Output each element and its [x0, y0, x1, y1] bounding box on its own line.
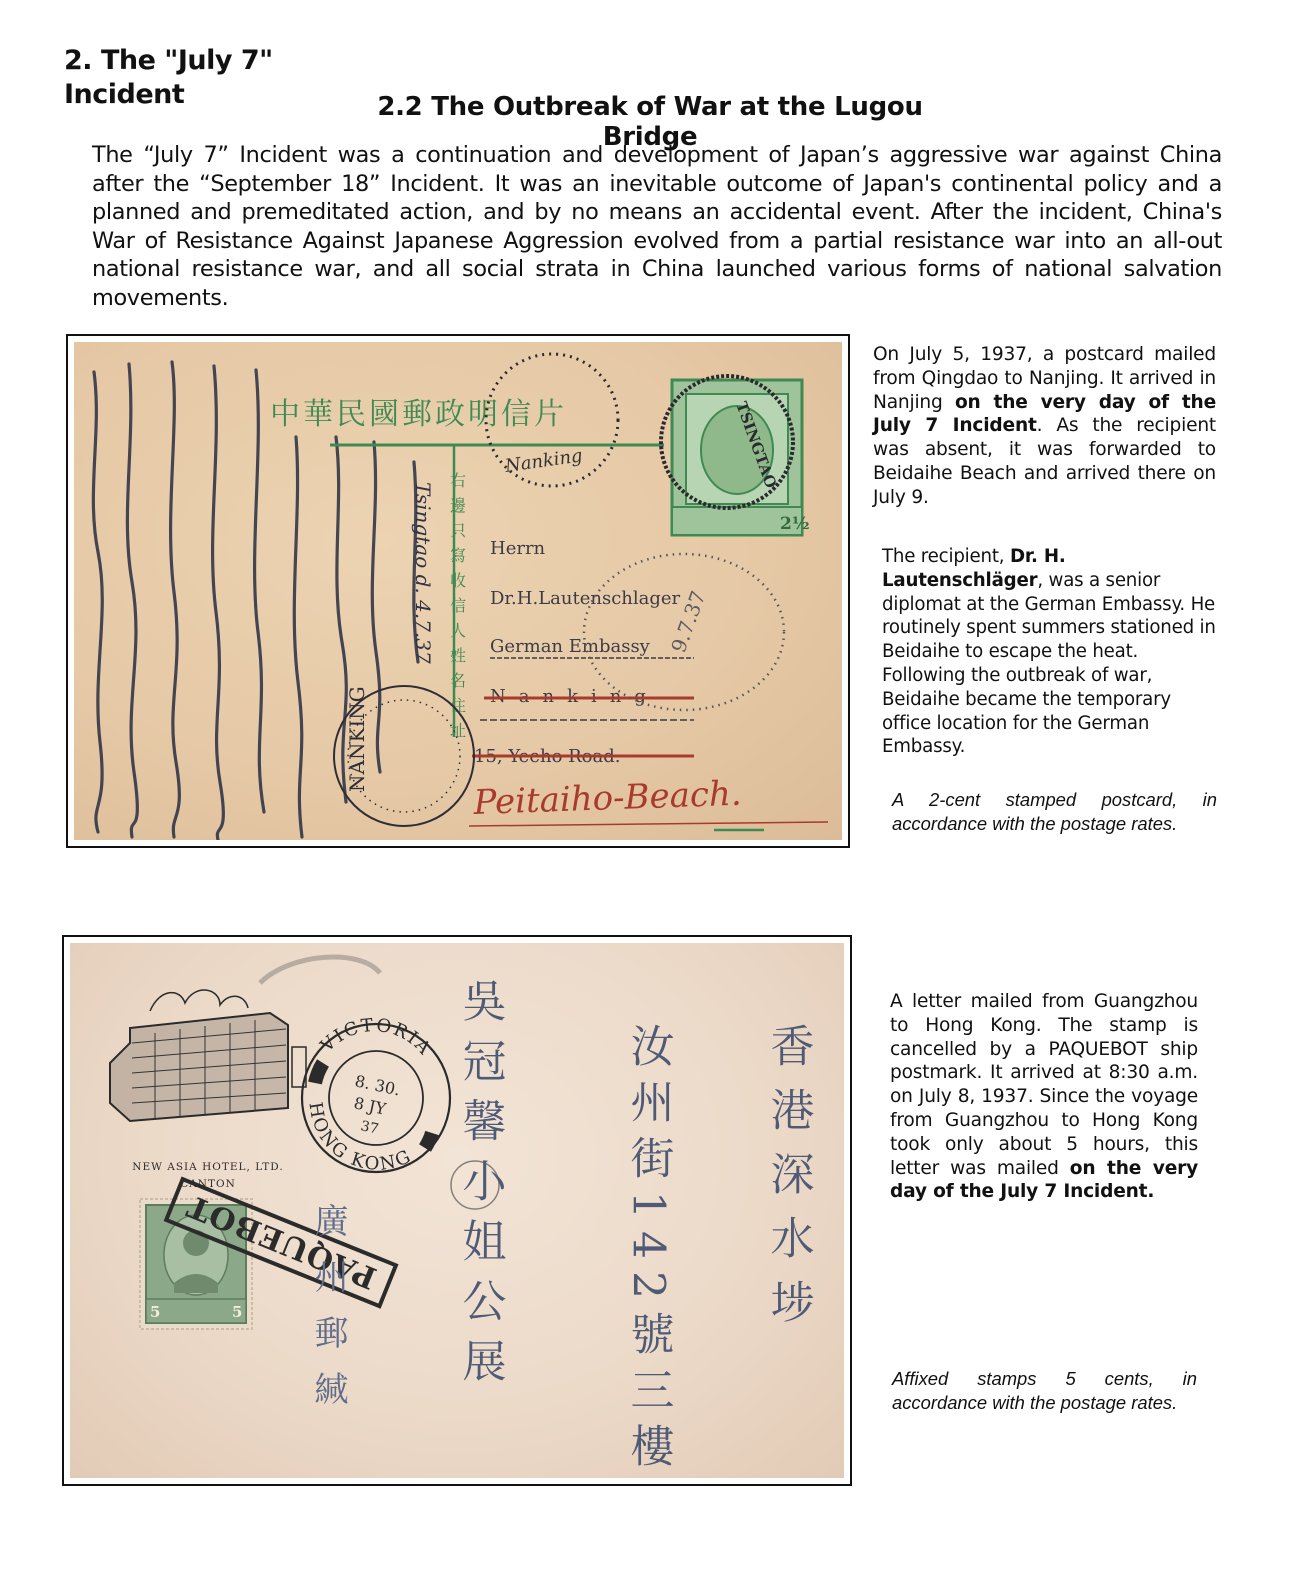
victoria-postmark: VICTORIA HONG KONG 8. 30. 8 JY 37 — [302, 1015, 450, 1175]
sender-text: 廣州郵緘 — [308, 1203, 348, 1427]
address-line-2: Dr.H.Lautenschlager — [490, 588, 681, 609]
postmark-date: 8 JY — [352, 1093, 388, 1118]
indicium-value: 2½ — [780, 514, 810, 534]
nanking-dotted-postmark: Nanking — [503, 445, 584, 477]
stamp-value-left: 5 — [150, 1303, 160, 1321]
address-city: 香港深水埗 — [763, 1023, 814, 1343]
postcard-image: 中華民國郵政明信片 右邊只寫收信人姓名住址 2½ TSINGTAO Nankin… — [74, 342, 842, 840]
address-recipient: 吳冠馨小姐公展 — [455, 978, 506, 1398]
intro-paragraph: The “July 7” Incident was a continuation… — [92, 141, 1222, 313]
caption-text: A letter mailed from Guangzhou to Hong K… — [890, 991, 1198, 1179]
chapter-title: 2. The "July 7" Incident — [64, 44, 304, 112]
nanking-postmark-text: NANKING — [345, 686, 369, 792]
postcard-caption-recipient: The recipient, Dr. H. Lautenschläger, wa… — [882, 545, 1220, 759]
address-street: 汝州街142號三樓 — [623, 1023, 674, 1478]
address-line-3: German Embassy — [490, 636, 651, 657]
handwriting-lines — [93, 362, 418, 840]
sender-note: Tsingtao d. 4.7.37 — [411, 482, 435, 664]
postmark-year: 37 — [359, 1118, 380, 1137]
postcard-postage-note: A 2-cent stamped postcard, in accordance… — [892, 788, 1217, 835]
postcard-frame: 中華民國郵政明信片 右邊只寫收信人姓名住址 2½ TSINGTAO Nankin… — [66, 334, 850, 848]
recipient-label: 右邊只寫收信人姓名住址 — [448, 472, 467, 747]
stamp-value-right: 5 — [232, 1303, 242, 1321]
caption-text: The recipient, — [882, 546, 1010, 567]
cover-caption-history: A letter mailed from Guangzhou to Hong K… — [890, 990, 1198, 1204]
redirect-handwriting: Peitaiho-Beach. — [472, 774, 742, 823]
postcard-header-text: 中華民國郵政明信片 — [270, 397, 567, 432]
postcard-caption-history: On July 5, 1937, a postcard mailed from … — [873, 343, 1216, 510]
hotel-name: NEW ASIA HOTEL, LTD. — [132, 1161, 283, 1173]
cover-postage-note: Affixed stamps 5 cents, in accordance wi… — [892, 1367, 1197, 1414]
caption-text: , was a senior diplomat at the German Em… — [882, 570, 1216, 758]
address-line-1: Herrn — [490, 538, 546, 559]
cover-frame: NEW ASIA HOTEL, LTD. CANTON VICTORIA HON… — [62, 935, 852, 1486]
cover-image: NEW ASIA HOTEL, LTD. CANTON VICTORIA HON… — [70, 943, 844, 1478]
hotel-illustration — [110, 990, 306, 1121]
